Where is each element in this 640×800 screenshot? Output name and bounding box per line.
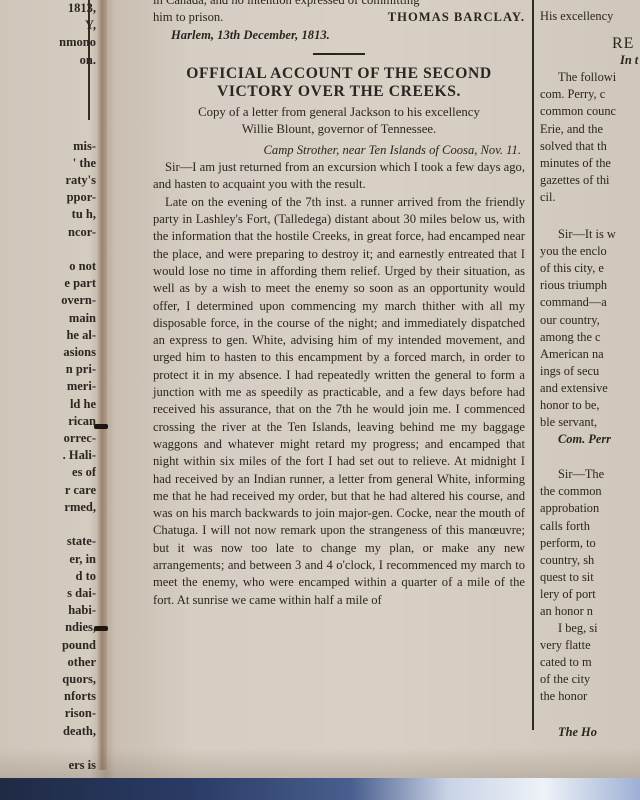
- text-line: r care: [0, 482, 96, 499]
- text-line: death,: [0, 723, 96, 740]
- text-line: Sir—The: [540, 466, 640, 483]
- text-line: quest to sit: [540, 569, 640, 586]
- text-line: Y,: [0, 17, 96, 34]
- text-line: meri-: [0, 378, 96, 395]
- text-line: 1813,: [0, 0, 96, 17]
- text-line: ppor-: [0, 189, 96, 206]
- text-line: and extensive: [540, 380, 640, 397]
- text-line: Erie, and the: [540, 121, 640, 138]
- left-column-fragment: 1813,Y,nmonoon. mis-' theraty'sppor-tu h…: [0, 0, 96, 774]
- text-line: our country,: [540, 312, 640, 329]
- text-line: es of: [0, 464, 96, 481]
- text-line: e part: [0, 275, 96, 292]
- text-line: pound: [0, 637, 96, 654]
- text-line: main: [0, 310, 96, 327]
- text-line: of this city, e: [540, 260, 640, 277]
- text-line: [0, 241, 96, 258]
- text-line: country, sh: [540, 552, 640, 569]
- article-deck-line1: Copy of a letter from general Jackson to…: [153, 104, 525, 121]
- text-line: d to: [0, 568, 96, 585]
- right-column-heading: RE: [540, 35, 640, 52]
- text-line: ers is: [0, 757, 96, 774]
- text-line: Sir—It is w: [540, 226, 640, 243]
- text-line: rison-: [0, 705, 96, 722]
- text-line: of the city: [540, 671, 640, 688]
- article-placeline: Camp Strother, near Ten Islands of Coosa…: [153, 142, 525, 159]
- article-deck-line2: Willie Blount, governor of Tennessee.: [153, 121, 525, 138]
- text-line: rious triumph: [540, 277, 640, 294]
- text-line: [0, 120, 96, 137]
- text-line: overn-: [0, 292, 96, 309]
- text-line: lery of port: [540, 586, 640, 603]
- text-line: rican: [0, 413, 96, 430]
- text-line: habi-: [0, 602, 96, 619]
- text-line: I beg, si: [540, 620, 640, 637]
- text-line: you the enclo: [540, 243, 640, 260]
- article-paragraph-1: Sir—I am just returned from an excursion…: [153, 159, 525, 194]
- text-line: rmed,: [0, 499, 96, 516]
- text-line: orrec-: [0, 430, 96, 447]
- text-line: other: [0, 654, 96, 671]
- text-line: [0, 516, 96, 533]
- text-line: gazettes of thi: [540, 172, 640, 189]
- text-line: ncor-: [0, 224, 96, 241]
- text-line: quors,: [0, 671, 96, 688]
- text-line: honor to be,: [540, 397, 640, 414]
- text-line: very flatte: [540, 637, 640, 654]
- text-line: [0, 86, 96, 103]
- binding-stitch-bottom: [94, 626, 108, 631]
- signer-name: THOMAS BARCLAY.: [388, 9, 525, 26]
- right-signature-2: The Ho: [540, 724, 640, 741]
- text-line: among the c: [540, 329, 640, 346]
- previous-article-fragment: in Canada, and no intention expressed of…: [153, 0, 525, 9]
- previous-article-dateline: Harlem, 13th December, 1813.: [153, 27, 525, 44]
- binding-stitch-top: [94, 424, 108, 429]
- text-line: s dai-: [0, 585, 96, 602]
- text-line: cated to m: [540, 654, 640, 671]
- text-line: n pri-: [0, 361, 96, 378]
- column-rule: [532, 0, 534, 730]
- text-line: common counc: [540, 103, 640, 120]
- text-line: raty's: [0, 172, 96, 189]
- text-line: perform, to: [540, 535, 640, 552]
- right-paragraph-3: Sir—Thethe commonapprobationcalls forthp…: [540, 466, 640, 620]
- right-paragraph-1: The followicom. Perry, ccommon councErie…: [540, 69, 640, 206]
- section-divider: [313, 53, 365, 55]
- text-line: on.: [0, 52, 96, 69]
- text-line: cil.: [540, 189, 640, 206]
- text-line: ld he: [0, 396, 96, 413]
- text-line: nforts: [0, 688, 96, 705]
- text-line: er, in: [0, 551, 96, 568]
- article-headline-line1: OFFICIAL ACCOUNT OF THE SECOND: [153, 65, 525, 83]
- text-line: approbation: [540, 500, 640, 517]
- text-line: o not: [0, 258, 96, 275]
- text-line: minutes of the: [540, 155, 640, 172]
- text-line: The followi: [540, 69, 640, 86]
- text-line: he al-: [0, 327, 96, 344]
- text-line: solved that th: [540, 138, 640, 155]
- article-headline-line2: VICTORY OVER THE CREEKS.: [153, 83, 525, 101]
- main-article-column: in Canada, and no intention expressed of…: [153, 0, 525, 609]
- right-signature-1: Com. Perr: [540, 431, 640, 448]
- background-surface: [0, 778, 640, 800]
- text-line: state-: [0, 533, 96, 550]
- page-fold-crease: [97, 0, 107, 770]
- text-line: ndies,: [0, 619, 96, 636]
- text-line: an honor n: [540, 603, 640, 620]
- text-line: the honor: [540, 688, 640, 705]
- text-line: command—a: [540, 294, 640, 311]
- text-line: ings of secu: [540, 363, 640, 380]
- previous-article-signoff: him to prison. THOMAS BARCLAY.: [153, 9, 525, 26]
- page-bottom-shadow: [0, 748, 640, 778]
- right-top-line: His excellency: [540, 8, 640, 25]
- text-line: [0, 740, 96, 757]
- text-line: the common: [540, 483, 640, 500]
- text-line: [0, 69, 96, 86]
- right-column-fragment: His excellency RE In t The followicom. P…: [540, 0, 640, 741]
- right-paragraph-2: Sir—It is wyou the encloof this city, er…: [540, 226, 640, 431]
- text-line: tu h,: [0, 206, 96, 223]
- text-line: asions: [0, 344, 96, 361]
- text-line: [0, 103, 96, 120]
- text-line: . Hali-: [0, 447, 96, 464]
- text-line: ble servant,: [540, 414, 640, 431]
- text-line: nmono: [0, 34, 96, 51]
- text-line: com. Perry, c: [540, 86, 640, 103]
- text-line: ' the: [0, 155, 96, 172]
- article-paragraph-2: Late on the evening of the 7th inst. a r…: [153, 194, 525, 609]
- signoff-text: him to prison.: [153, 9, 223, 26]
- text-line: mis-: [0, 138, 96, 155]
- right-column-subhead: In t: [540, 52, 640, 69]
- right-paragraph-4: I beg, sivery flattecated to mof the cit…: [540, 620, 640, 705]
- text-line: American na: [540, 346, 640, 363]
- text-line: calls forth: [540, 518, 640, 535]
